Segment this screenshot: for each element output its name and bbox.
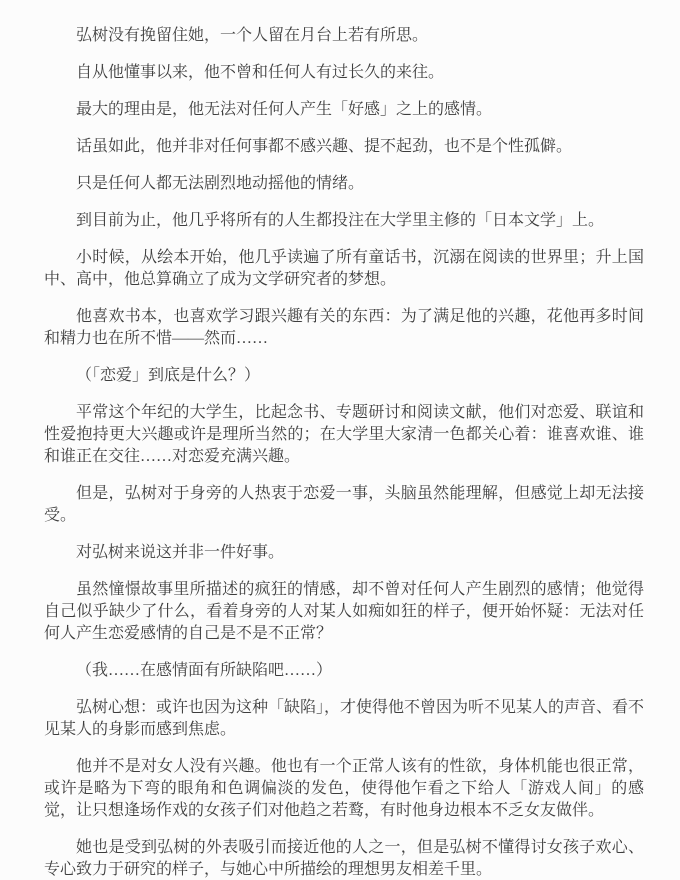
paragraph: 但是，弘树对于身旁的人热衷于恋爱一事，头脑虽然能理解，但感觉上却无法接受。 bbox=[44, 483, 644, 527]
paragraphs-container: 弘树没有挽留住她，一个人留在月台上若有所思。自从他懂事以来，他不曾和任何人有过长… bbox=[44, 25, 644, 880]
paragraph: 到目前为止，他几乎将所有的人生都投注在大学里主修的「日本文学」上。 bbox=[44, 210, 644, 232]
paragraph: （我……在感情面有所缺陷吧……） bbox=[44, 660, 644, 682]
paragraph: 他喜欢书本，也喜欢学习跟兴趣有关的东西：为了满足他的兴趣，花他再多时间和精力也在… bbox=[44, 306, 644, 350]
paragraph: 弘树心想：或许也因为这种「缺陷」，才使得他不曾因为听不见某人的声音、看不见某人的… bbox=[44, 697, 644, 741]
paragraph: 对弘树来说这并非一件好事。 bbox=[44, 542, 644, 564]
paragraph: 虽然憧憬故事里所描述的疯狂的情感，却不曾对任何人产生剧烈的感情；他觉得自己似乎缺… bbox=[44, 579, 644, 645]
paragraph: 小时候，从绘本开始，他几乎读遍了所有童话书，沉溺在阅读的世界里；升上国中、高中，… bbox=[44, 247, 644, 291]
paragraph: 自从他懂事以来，他不曾和任何人有过长久的来往。 bbox=[44, 62, 644, 84]
paragraph: 话虽如此，他并非对任何事都不感兴趣、提不起劲，也不是个性孤僻。 bbox=[44, 136, 644, 158]
paragraph: 弘树没有挽留住她，一个人留在月台上若有所思。 bbox=[44, 25, 644, 47]
paragraph: 平常这个年纪的大学生，比起念书、专题研讨和阅读文献，他们对恋爱、联谊和性爱抱持更… bbox=[44, 402, 644, 468]
paragraph: 只是任何人都无法剧烈地动摇他的情绪。 bbox=[44, 173, 644, 195]
novel-page: 弘树没有挽留住她，一个人留在月台上若有所思。自从他懂事以来，他不曾和任何人有过长… bbox=[0, 0, 680, 880]
paragraph: （「恋爱」到底是什么？） bbox=[44, 365, 644, 387]
paragraph: 最大的理由是，他无法对任何人产生「好感」之上的感情。 bbox=[44, 99, 644, 121]
paragraph: 她也是受到弘树的外表吸引而接近他的人之一，但是弘树不懂得讨女孩子欢心、专心致力于… bbox=[44, 837, 644, 880]
paragraph: 他并不是对女人没有兴趣。他也有一个正常人该有的性欲，身体机能也很正常，或许是略为… bbox=[44, 756, 644, 822]
